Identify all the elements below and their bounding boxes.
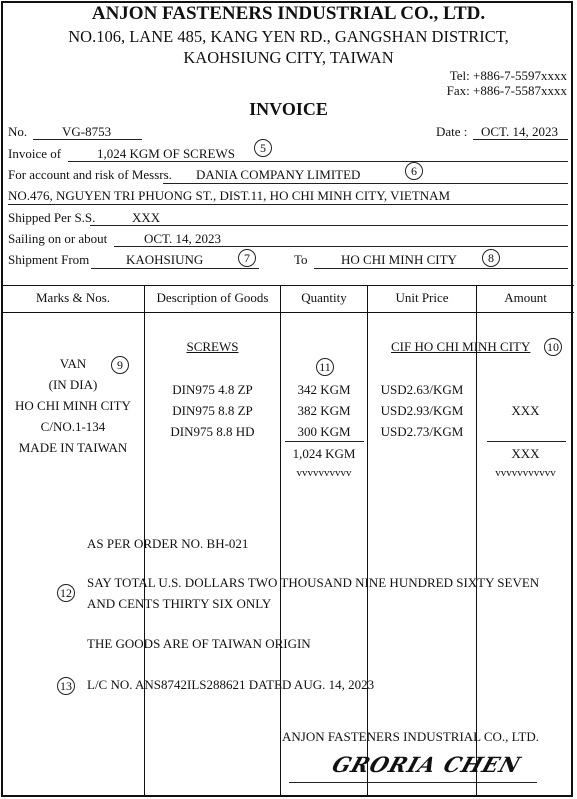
invoice-of-value: 1,024 KGM OF SCREWS	[97, 146, 235, 162]
header-quantity: Quantity	[281, 290, 367, 306]
shipment-to-value: HO CHI MINH CITY	[341, 252, 457, 268]
signature-line	[289, 782, 537, 783]
column-divider-4	[476, 285, 477, 797]
header-description: Description of Goods	[145, 290, 280, 306]
header-amount: Amount	[477, 290, 574, 306]
total-in-words-line2: AND CENTS THIRTY SIX ONLY	[87, 596, 271, 612]
shipment-from-label: Shipment From	[8, 252, 89, 268]
unit-price-item: USD2.73/KGM	[368, 421, 476, 442]
marker-8-icon: 8	[482, 249, 500, 267]
marker-12-icon: 12	[57, 584, 75, 602]
column-divider-2	[280, 285, 281, 797]
description-title: SCREWS	[145, 336, 280, 357]
quantity-list: 342 KGM 382 KGM 300 KGM	[281, 379, 367, 442]
order-reference: AS PER ORDER NO. BH-021	[87, 536, 248, 552]
invoice-no-label: No.	[8, 124, 27, 140]
total-in-words-line1: SAY TOTAL U.S. DOLLARS TWO THOUSAND NINE…	[87, 575, 539, 591]
company-fax: Fax: +886-7-5587xxxx	[447, 83, 567, 99]
account-label: For account and risk of Messrs.	[8, 167, 172, 183]
company-address-line2: KAOHSIUNG CITY, TAIWAN	[0, 48, 577, 68]
buyer-address: NO.476, NGUYEN TRI PHUONG ST., DIST.11, …	[8, 188, 450, 204]
column-divider-3	[367, 285, 368, 797]
unit-price-list: USD2.63/KGM USD2.93/KGM USD2.73/KGM	[368, 379, 476, 442]
marker-11-icon: 11	[316, 358, 334, 376]
marker-5-icon: 5	[254, 139, 272, 157]
signature: GRORIA CHEN	[329, 752, 524, 777]
table-header-bottom-border	[1, 312, 574, 313]
header-unit-price: Unit Price	[368, 290, 476, 306]
table-top-border	[1, 285, 574, 286]
header-marks: Marks & Nos.	[2, 290, 144, 306]
shipped-per-label: Shipped Per S.S.	[8, 210, 95, 226]
quantity-item: 300 KGM	[281, 421, 367, 442]
shipment-to-label: To	[294, 252, 308, 268]
mark-line: (IN DIA)	[2, 374, 144, 395]
date-label: Date :	[436, 124, 467, 140]
description-item: DIN975 4.8 ZP	[145, 379, 280, 400]
mark-line: MADE IN TAIWAN	[2, 437, 144, 458]
date-value: OCT. 14, 2023	[481, 124, 558, 140]
price-terms: CIF HO CHI MINH CITY	[391, 339, 530, 355]
origin-statement: THE GOODS ARE OF TAIWAN ORIGIN	[87, 636, 311, 652]
shipped-per-underline	[90, 225, 568, 226]
marker-7-icon: 7	[238, 249, 256, 267]
amount-total-rule	[487, 441, 566, 442]
quantity-total: 1,024 KGM	[281, 443, 367, 464]
shipment-from-underline	[91, 268, 259, 269]
account-value: DANIA COMPANY LIMITED	[196, 167, 360, 183]
marker-13-icon: 13	[57, 677, 75, 695]
sailing-label: Sailing on or about	[8, 231, 107, 247]
shipment-to-underline	[314, 268, 568, 269]
mark-line: C/NO.1-134	[2, 416, 144, 437]
company-address-line1: NO.106, LANE 485, KANG YEN RD., GANGSHAN…	[0, 27, 577, 47]
marker-6-icon: 6	[405, 162, 423, 180]
quantity-end-mark: vvvvvvvvvv	[281, 463, 367, 484]
mark-line: HO CHI MINH CITY	[2, 395, 144, 416]
invoice-of-label: Invoice of	[8, 146, 61, 162]
amount-end-mark: vvvvvvvvvvv	[477, 463, 574, 484]
invoice-no-value: VG-8753	[62, 124, 111, 140]
document-title: INVOICE	[0, 99, 577, 120]
amount-value: XXX	[477, 400, 574, 421]
company-name: ANJON FASTENERS INDUSTRIAL CO., LTD.	[0, 3, 577, 25]
description-item: DIN975 8.8 ZP	[145, 400, 280, 421]
quantity-item: 342 KGM	[281, 379, 367, 400]
quantity-total-rule	[285, 441, 364, 442]
company-tel: Tel: +886-7-5597xxxx	[450, 68, 567, 84]
buyer-address-underline	[8, 204, 568, 205]
account-underline	[163, 183, 568, 184]
unit-price-item: USD2.63/KGM	[368, 379, 476, 400]
unit-price-item: USD2.93/KGM	[368, 400, 476, 421]
amount-total: XXX	[477, 443, 574, 464]
marker-10-icon: 10	[544, 338, 562, 356]
signature-company: ANJON FASTENERS INDUSTRIAL CO., LTD.	[282, 729, 539, 745]
marker-9-icon: 9	[111, 356, 129, 374]
description-list: DIN975 4.8 ZP DIN975 8.8 ZP DIN975 8.8 H…	[145, 379, 280, 442]
lc-reference: L/C NO. ANS8742ILS288621 DATED AUG. 14, …	[87, 677, 374, 693]
description-item: DIN975 8.8 HD	[145, 421, 280, 442]
quantity-item: 382 KGM	[281, 400, 367, 421]
shipped-per-value: XXX	[132, 210, 160, 226]
shipment-from-value: KAOHSIUNG	[126, 252, 203, 268]
sailing-value: OCT. 14, 2023	[144, 231, 221, 247]
